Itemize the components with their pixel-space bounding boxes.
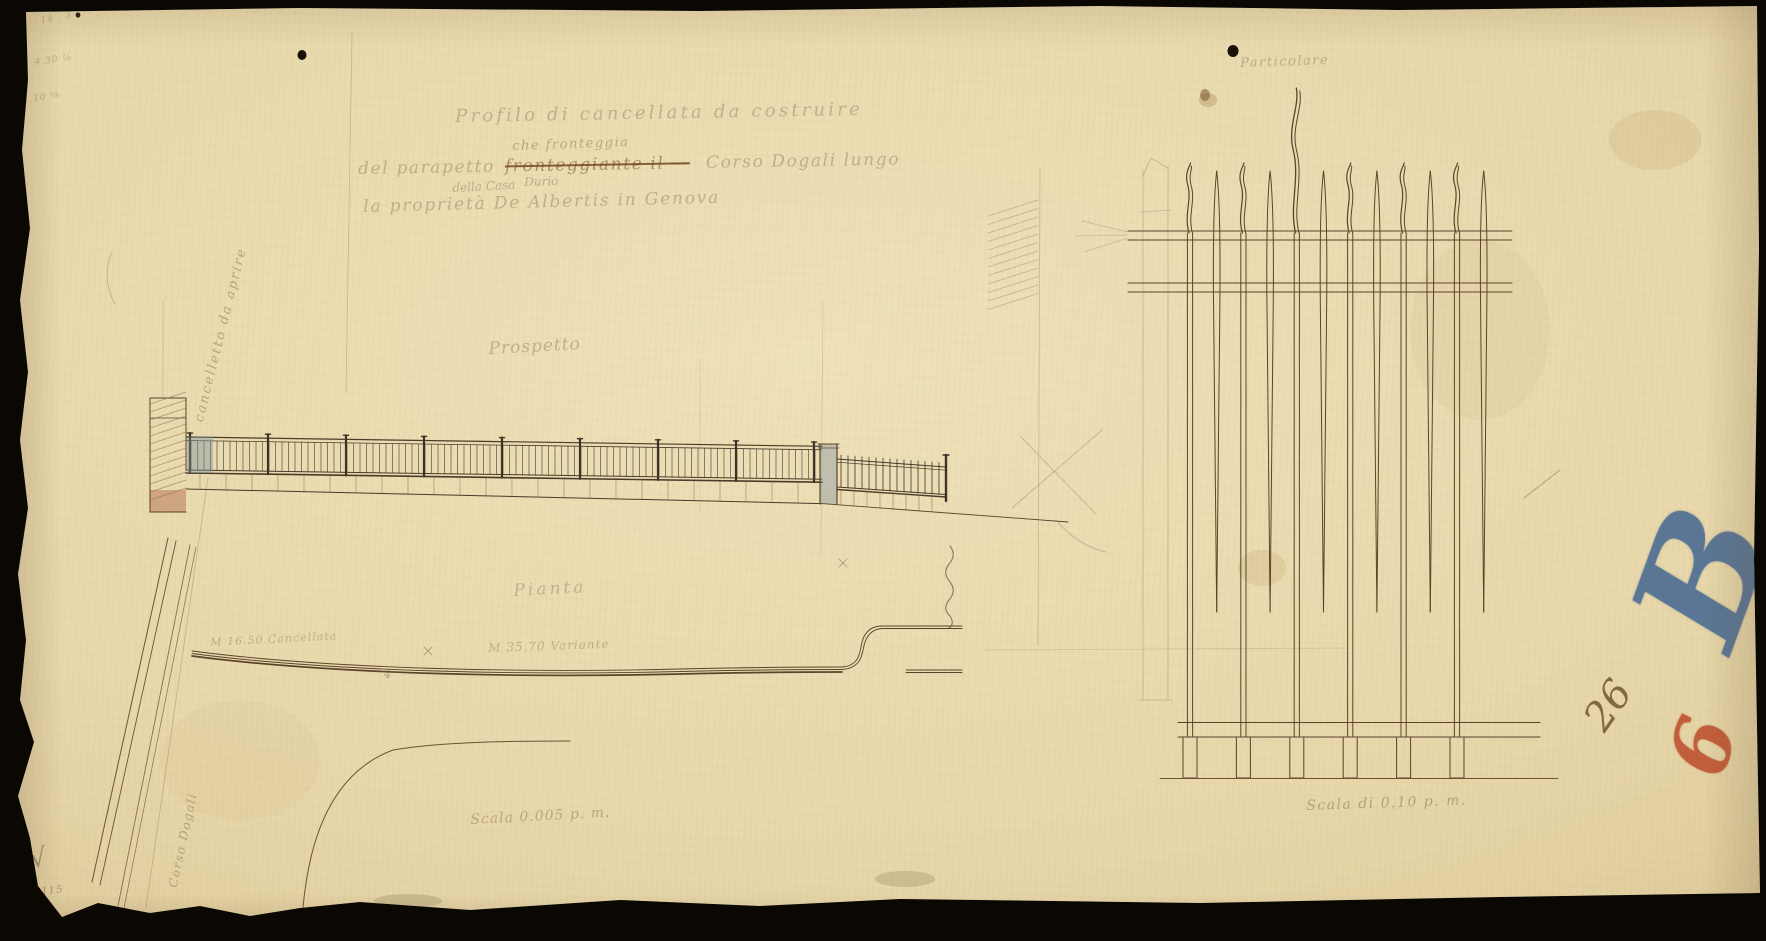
paper-sheet: Profilo di cancellata da costruire che f… [0,0,1766,941]
title-insert-below-b: Durio [524,174,559,189]
title-line2-pre: del parapetto [358,157,495,179]
plan-label: Pianta [513,577,587,601]
title-line2-struck: fronteggiante il — [505,153,690,176]
title-line2-post: Corso Dogali lungo [706,150,900,173]
detail-label: Particolare [1240,53,1329,71]
detail-fence-drawing [985,88,1558,779]
scan-background: Profilo di cancellata da costruire che f… [0,0,1766,941]
drawing-svg [0,0,1766,941]
bottom-left-check-mark: √ [28,843,49,875]
elevation-drawing [150,392,1068,522]
pin-holes [76,12,1239,60]
paper-stains [107,89,1701,908]
plan-small-mark: 4 [384,668,391,681]
